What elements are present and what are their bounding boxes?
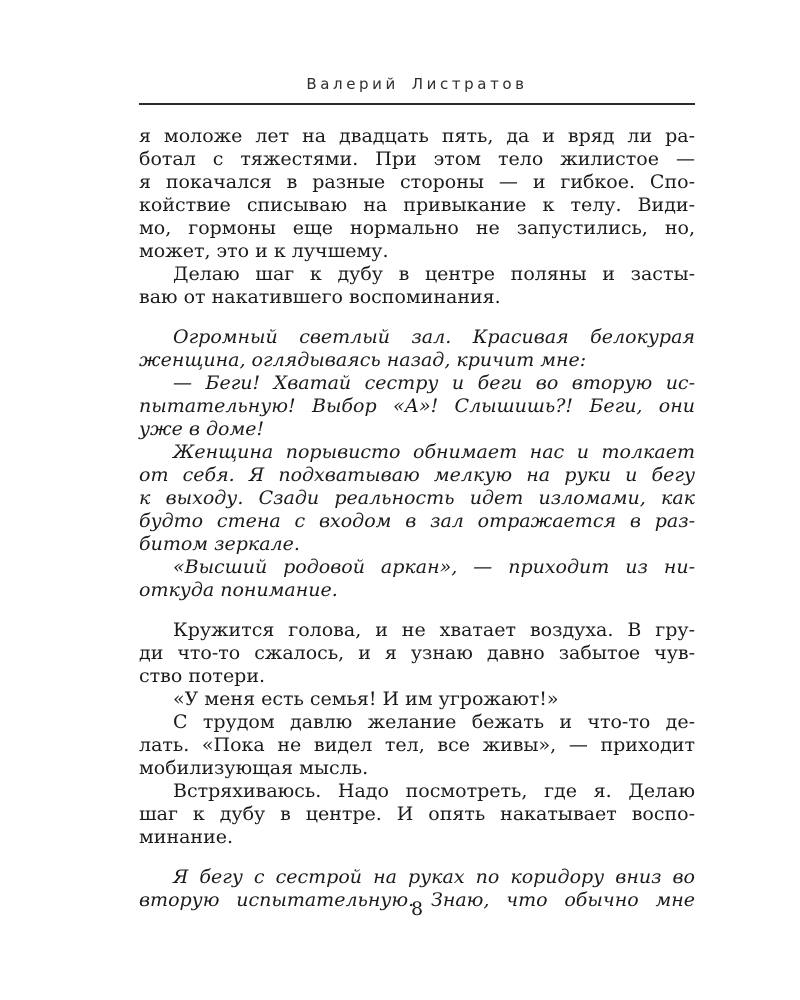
text-line: Встряхиваюсь. Надо посмотреть, где я. Де… bbox=[139, 780, 695, 803]
text-line: минание. bbox=[139, 826, 695, 849]
text-line: — Беги! Хватай сестру и беги во вторую и… bbox=[139, 372, 695, 395]
text-line: ди что-то сжалось, и я узнаю давно забыт… bbox=[139, 642, 695, 665]
text-column: Валерий Листратов я моложе лет на двадца… bbox=[139, 74, 695, 912]
text-line: я покачался в разные стороны — и гибкое.… bbox=[139, 171, 695, 194]
page-number: 8 bbox=[139, 898, 695, 920]
header-rule bbox=[139, 103, 695, 105]
narrative-text-block: я моложе лет на двадцать пять, да и вряд… bbox=[139, 125, 695, 309]
text-line: откуда понимание. bbox=[139, 579, 695, 602]
text-line: «Высший родовой аркан», — приходит из ни… bbox=[139, 556, 695, 579]
body-text: я моложе лет на двадцать пять, да и вряд… bbox=[139, 125, 695, 912]
text-line: от себя. Я подхватываю мелкую на руки и … bbox=[139, 464, 695, 487]
narrative-text-block: Кружится голова, и не хватает воздуха. В… bbox=[139, 619, 695, 849]
text-line: Огромный светлый зал. Красивая белокурая bbox=[139, 326, 695, 349]
text-line: пытательную! Выбор «А»! Слышишь?! Беги, … bbox=[139, 395, 695, 418]
text-line: ство потери. bbox=[139, 665, 695, 688]
text-line: «У меня есть семья! И им угрожают!» bbox=[139, 688, 695, 711]
text-line: Женщина порывисто обнимает нас и толкает bbox=[139, 441, 695, 464]
book-page: Валерий Листратов я моложе лет на двадца… bbox=[0, 0, 800, 1000]
paragraph: Огромный светлый зал. Красивая белокурая… bbox=[139, 326, 695, 372]
text-line: ваю от накатившего воспоминания. bbox=[139, 286, 695, 309]
text-line: битом зеркале. bbox=[139, 533, 695, 556]
text-line: лать. «Пока не видел тел, все живы», — п… bbox=[139, 734, 695, 757]
running-head-author: Валерий Листратов bbox=[139, 74, 695, 94]
paragraph: «Высший родовой аркан», — приходит из ни… bbox=[139, 556, 695, 602]
text-line: шаг к дубу в центре. И опять накатывает … bbox=[139, 803, 695, 826]
text-line: С трудом давлю желание бежать и что-то д… bbox=[139, 711, 695, 734]
text-line: ботал с тяжестями. При этом тело жилисто… bbox=[139, 148, 695, 171]
memory-text-block: Огромный светлый зал. Красивая белокурая… bbox=[139, 326, 695, 602]
paragraph: Делаю шаг к дубу в центре поляны и засты… bbox=[139, 263, 695, 309]
text-line: Кружится голова, и не хватает воздуха. В… bbox=[139, 619, 695, 642]
paragraph: Кружится голова, и не хватает воздуха. В… bbox=[139, 619, 695, 688]
text-line: женщина, оглядываясь назад, кричит мне: bbox=[139, 349, 695, 372]
text-line: мобилизующая мысль. bbox=[139, 757, 695, 780]
text-line: я моложе лет на двадцать пять, да и вряд… bbox=[139, 125, 695, 148]
paragraph: я моложе лет на двадцать пять, да и вряд… bbox=[139, 125, 695, 263]
text-line: уже в доме! bbox=[139, 418, 695, 441]
paragraph: «У меня есть семья! И им угрожают!» bbox=[139, 688, 695, 711]
text-line: Я бегу с сестрой на руках по коридору вн… bbox=[139, 866, 695, 889]
text-line: мо, гормоны еще нормально не запустились… bbox=[139, 217, 695, 240]
text-line: может, это и к лучшему. bbox=[139, 240, 695, 263]
text-line: койствие списываю на привыкание к телу. … bbox=[139, 194, 695, 217]
paragraph: Женщина порывисто обнимает нас и толкает… bbox=[139, 441, 695, 556]
paragraph: С трудом давлю желание бежать и что-то д… bbox=[139, 711, 695, 780]
text-line: будто стена с входом в зал отражается в … bbox=[139, 510, 695, 533]
paragraph: Встряхиваюсь. Надо посмотреть, где я. Де… bbox=[139, 780, 695, 849]
paragraph: — Беги! Хватай сестру и беги во вторую и… bbox=[139, 372, 695, 441]
text-line: к выходу. Сзади реальность идет изломами… bbox=[139, 487, 695, 510]
text-line: Делаю шаг к дубу в центре поляны и засты… bbox=[139, 263, 695, 286]
